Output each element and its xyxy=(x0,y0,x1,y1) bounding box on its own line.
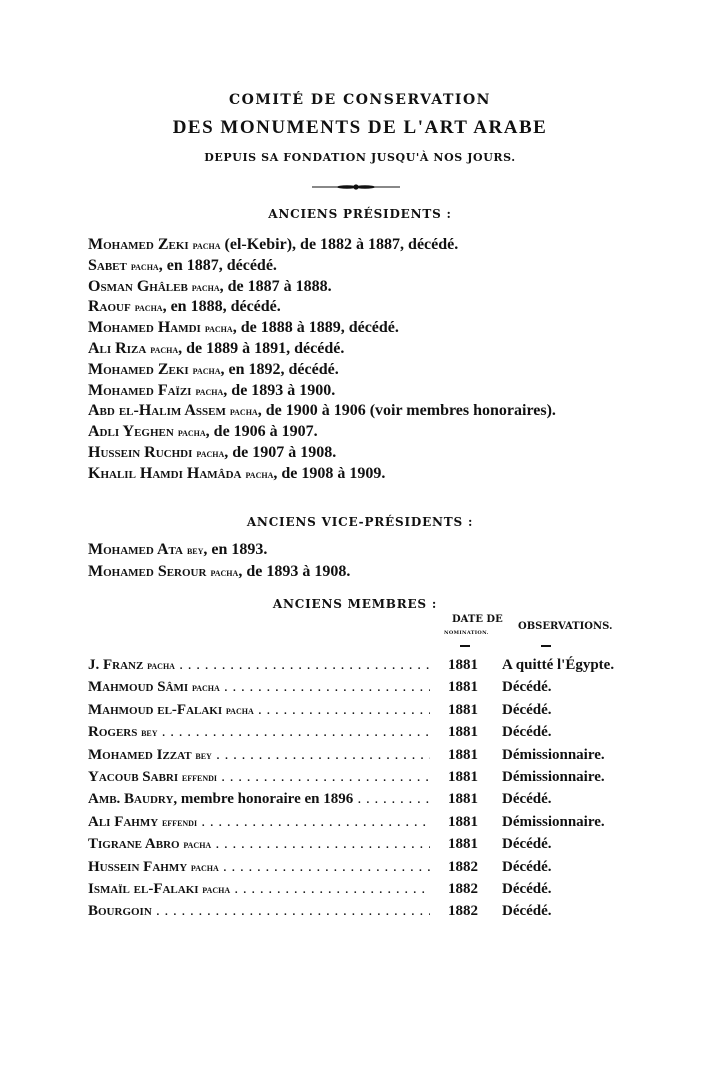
person-title: pacha xyxy=(193,238,221,252)
person-details: (el-Kebir), de 1882 à 1887, décédé. xyxy=(221,236,459,253)
member-name: Bourgoin xyxy=(88,903,152,919)
list-item: Adli Yeghen pacha, de 1906 à 1907. xyxy=(88,423,318,441)
member-name-cell: Mohamed Izzat bey xyxy=(88,747,430,764)
person-details: , en 1892, décédé. xyxy=(221,361,339,378)
observation: Décédé. xyxy=(502,881,552,898)
person-name: Khalil Hamdi Hamâda xyxy=(88,465,242,482)
person-title: pacha xyxy=(195,384,223,398)
observation: Démissionnaire. xyxy=(502,814,605,831)
person-details: , de 1906 à 1907. xyxy=(206,423,318,440)
member-name-cell: Yacoub Sabri effendi xyxy=(88,769,430,786)
person-title: pacha xyxy=(192,280,220,294)
member-name-cell: Rogers bey xyxy=(88,724,430,741)
person-details: , de 1889 à 1891, décédé. xyxy=(178,340,344,357)
list-item: Ali Riza pacha, de 1889 à 1891, décédé. xyxy=(88,340,344,358)
nomination-date: 1881 xyxy=(448,747,490,764)
member-name: Hussein Fahmy xyxy=(88,859,187,875)
observation: A quitté l'Égypte. xyxy=(502,657,614,674)
member-title: bey xyxy=(141,725,157,739)
list-item: Mohamed Ata bey, en 1893. xyxy=(88,541,267,559)
member-title: effendi xyxy=(182,770,217,784)
observation: Décédé. xyxy=(502,724,552,741)
column-rule-date xyxy=(460,645,470,647)
member-name-cell: Mahmoud el-Falaki pacha xyxy=(88,702,430,719)
document-page: COMITÉ DE CONSERVATION DES MONUMENTS DE … xyxy=(0,0,720,1079)
list-item: Khalil Hamdi Hamâda pacha, de 1908 à 190… xyxy=(88,465,385,483)
member-title: effendi xyxy=(162,815,197,829)
person-title: pacha xyxy=(178,425,206,439)
ornament-divider-icon xyxy=(312,184,400,190)
observation: Démissionnaire. xyxy=(502,769,605,786)
observation: Décédé. xyxy=(502,903,552,920)
member-title: bey xyxy=(195,748,211,762)
table-row: Ali Fahmy effendi1881Démissionnaire. xyxy=(88,814,628,836)
table-row: Ismaïl el-Falaki pacha1882Décédé. xyxy=(88,881,628,903)
table-row: Yacoub Sabri effendi1881Démissionnaire. xyxy=(88,769,628,791)
list-item: Raouf pacha, en 1888, décédé. xyxy=(88,298,281,316)
member-name: Tigrane Abro xyxy=(88,836,180,852)
person-name: Abd el-Halim Assem xyxy=(88,402,226,419)
person-details: , de 1888 à 1889, décédé. xyxy=(233,319,399,336)
person-details: , de 1893 à 1900. xyxy=(223,382,335,399)
nomination-date: 1881 xyxy=(448,769,490,786)
observation: Décédé. xyxy=(502,702,552,719)
member-name: Rogers xyxy=(88,724,137,740)
observation: Décédé. xyxy=(502,836,552,853)
person-title: pacha xyxy=(210,565,238,579)
nomination-date: 1882 xyxy=(448,881,490,898)
column-rule-observations xyxy=(541,645,551,647)
person-details: , de 1887 à 1888. xyxy=(220,278,332,295)
list-item: Mohamed Serour pacha, de 1893 à 1908. xyxy=(88,563,350,581)
person-title: pacha xyxy=(135,300,163,314)
person-details: , en 1893. xyxy=(203,541,267,558)
person-name: Mohamed Zeki xyxy=(88,236,189,253)
person-details: , en 1887, décédé. xyxy=(159,257,277,274)
table-row: J. Franz pacha1881A quitté l'Égypte. xyxy=(88,657,628,679)
table-row: Amb. Baudry, membre honoraire en 1896188… xyxy=(88,791,628,813)
nomination-date: 1881 xyxy=(448,724,490,741)
nomination-date: 1882 xyxy=(448,903,490,920)
person-name: Sabet xyxy=(88,257,127,274)
member-name: Mahmoud Sâmi xyxy=(88,679,188,695)
vice-presidents-heading: ANCIENS VICE-PRÉSIDENTS : xyxy=(0,515,720,529)
member-name-cell: Amb. Baudry, membre honoraire en 1896 xyxy=(88,791,430,808)
list-item: Sabet pacha, en 1887, décédé. xyxy=(88,257,277,275)
nomination-date: 1881 xyxy=(448,657,490,674)
person-name: Hussein Ruchdi xyxy=(88,444,192,461)
observation: Démissionnaire. xyxy=(502,747,605,764)
person-name: Mohamed Hamdi xyxy=(88,319,201,336)
member-name-cell: J. Franz pacha xyxy=(88,657,430,674)
member-name: Mahmoud el-Falaki xyxy=(88,702,222,718)
person-title: pacha xyxy=(196,446,224,460)
title-line-3: DEPUIS SA FONDATION JUSQU'À NOS JOURS. xyxy=(0,151,720,164)
person-title: pacha xyxy=(131,259,159,273)
table-row: Rogers bey1881Décédé. xyxy=(88,724,628,746)
column-header-date-sub: NOMINATION. xyxy=(444,630,489,636)
person-name: Raouf xyxy=(88,298,131,315)
list-item: Abd el-Halim Assem pacha, de 1900 à 1906… xyxy=(88,402,556,420)
column-header-date: DATE DE xyxy=(452,614,503,625)
member-name: Ismaïl el-Falaki xyxy=(88,881,199,897)
person-title: pacha xyxy=(230,404,258,418)
nomination-date: 1881 xyxy=(448,791,490,808)
table-row: Mohamed Izzat bey1881Démissionnaire. xyxy=(88,747,628,769)
person-name: Ali Riza xyxy=(88,340,146,357)
member-title: pacha xyxy=(147,658,175,672)
person-title: pacha xyxy=(193,363,221,377)
member-name: Ali Fahmy xyxy=(88,814,158,830)
nomination-date: 1881 xyxy=(448,702,490,719)
person-details: , en 1888, décédé. xyxy=(163,298,281,315)
member-name-cell: Hussein Fahmy pacha xyxy=(88,859,430,876)
list-item: Mohamed Zeki pacha (el-Kebir), de 1882 à… xyxy=(88,236,458,254)
observation: Décédé. xyxy=(502,791,552,808)
presidents-heading: ANCIENS PRÉSIDENTS : xyxy=(0,207,720,221)
member-title: pacha xyxy=(191,860,219,874)
person-details: , de 1893 à 1908. xyxy=(238,563,350,580)
list-item: Hussein Ruchdi pacha, de 1907 à 1908. xyxy=(88,444,336,462)
person-name: Mohamed Faïzi xyxy=(88,382,191,399)
members-heading: ANCIENS MEMBRES : xyxy=(0,597,715,611)
person-name: Osman Ghâleb xyxy=(88,278,188,295)
member-name-cell: Ali Fahmy effendi xyxy=(88,814,430,831)
member-title: pacha xyxy=(183,837,211,851)
title-line-2: DES MONUMENTS DE L'ART ARABE xyxy=(0,117,720,139)
person-name: Mohamed Ata xyxy=(88,541,183,558)
list-item: Mohamed Hamdi pacha, de 1888 à 1889, déc… xyxy=(88,319,399,337)
nomination-date: 1881 xyxy=(448,814,490,831)
person-title: pacha xyxy=(205,321,233,335)
person-title: pacha xyxy=(150,342,178,356)
column-header-observations: OBSERVATIONS. xyxy=(518,621,612,632)
member-extra: , membre honoraire en 1896 xyxy=(173,791,353,807)
table-row: Hussein Fahmy pacha1882Décédé. xyxy=(88,859,628,881)
nomination-date: 1881 xyxy=(448,679,490,696)
person-name: Mohamed Serour xyxy=(88,563,206,580)
member-title: pacha xyxy=(226,703,254,717)
member-name: J. Franz xyxy=(88,657,143,673)
observation: Décédé. xyxy=(502,859,552,876)
list-item: Mohamed Zeki pacha, en 1892, décédé. xyxy=(88,361,339,379)
table-row: Mahmoud Sâmi pacha1881Décédé. xyxy=(88,679,628,701)
member-name: Yacoub Sabri xyxy=(88,769,178,785)
member-name: Amb. Baudry xyxy=(88,791,173,807)
person-name: Adli Yeghen xyxy=(88,423,174,440)
member-name-cell: Ismaïl el-Falaki pacha xyxy=(88,881,430,898)
table-row: Bourgoin1882Décédé. xyxy=(88,903,628,925)
member-title: pacha xyxy=(192,680,220,694)
member-title: pacha xyxy=(202,882,230,896)
member-name-cell: Tigrane Abro pacha xyxy=(88,836,430,853)
person-details: , de 1907 à 1908. xyxy=(224,444,336,461)
member-name: Mohamed Izzat xyxy=(88,747,192,763)
table-row: Tigrane Abro pacha1881Décédé. xyxy=(88,836,628,858)
person-name: Mohamed Zeki xyxy=(88,361,189,378)
member-name-cell: Bourgoin xyxy=(88,903,430,920)
list-item: Mohamed Faïzi pacha, de 1893 à 1900. xyxy=(88,382,335,400)
member-name-cell: Mahmoud Sâmi pacha xyxy=(88,679,430,696)
nomination-date: 1882 xyxy=(448,859,490,876)
nomination-date: 1881 xyxy=(448,836,490,853)
observation: Décédé. xyxy=(502,679,552,696)
title-line-1: COMITÉ DE CONSERVATION xyxy=(0,92,720,108)
table-row: Mahmoud el-Falaki pacha1881Décédé. xyxy=(88,702,628,724)
person-details: , de 1900 à 1906 (voir membres honoraire… xyxy=(258,402,556,419)
list-item: Osman Ghâleb pacha, de 1887 à 1888. xyxy=(88,278,332,296)
person-title: bey xyxy=(187,543,203,557)
person-details: , de 1908 à 1909. xyxy=(273,465,385,482)
person-title: pacha xyxy=(246,467,274,481)
